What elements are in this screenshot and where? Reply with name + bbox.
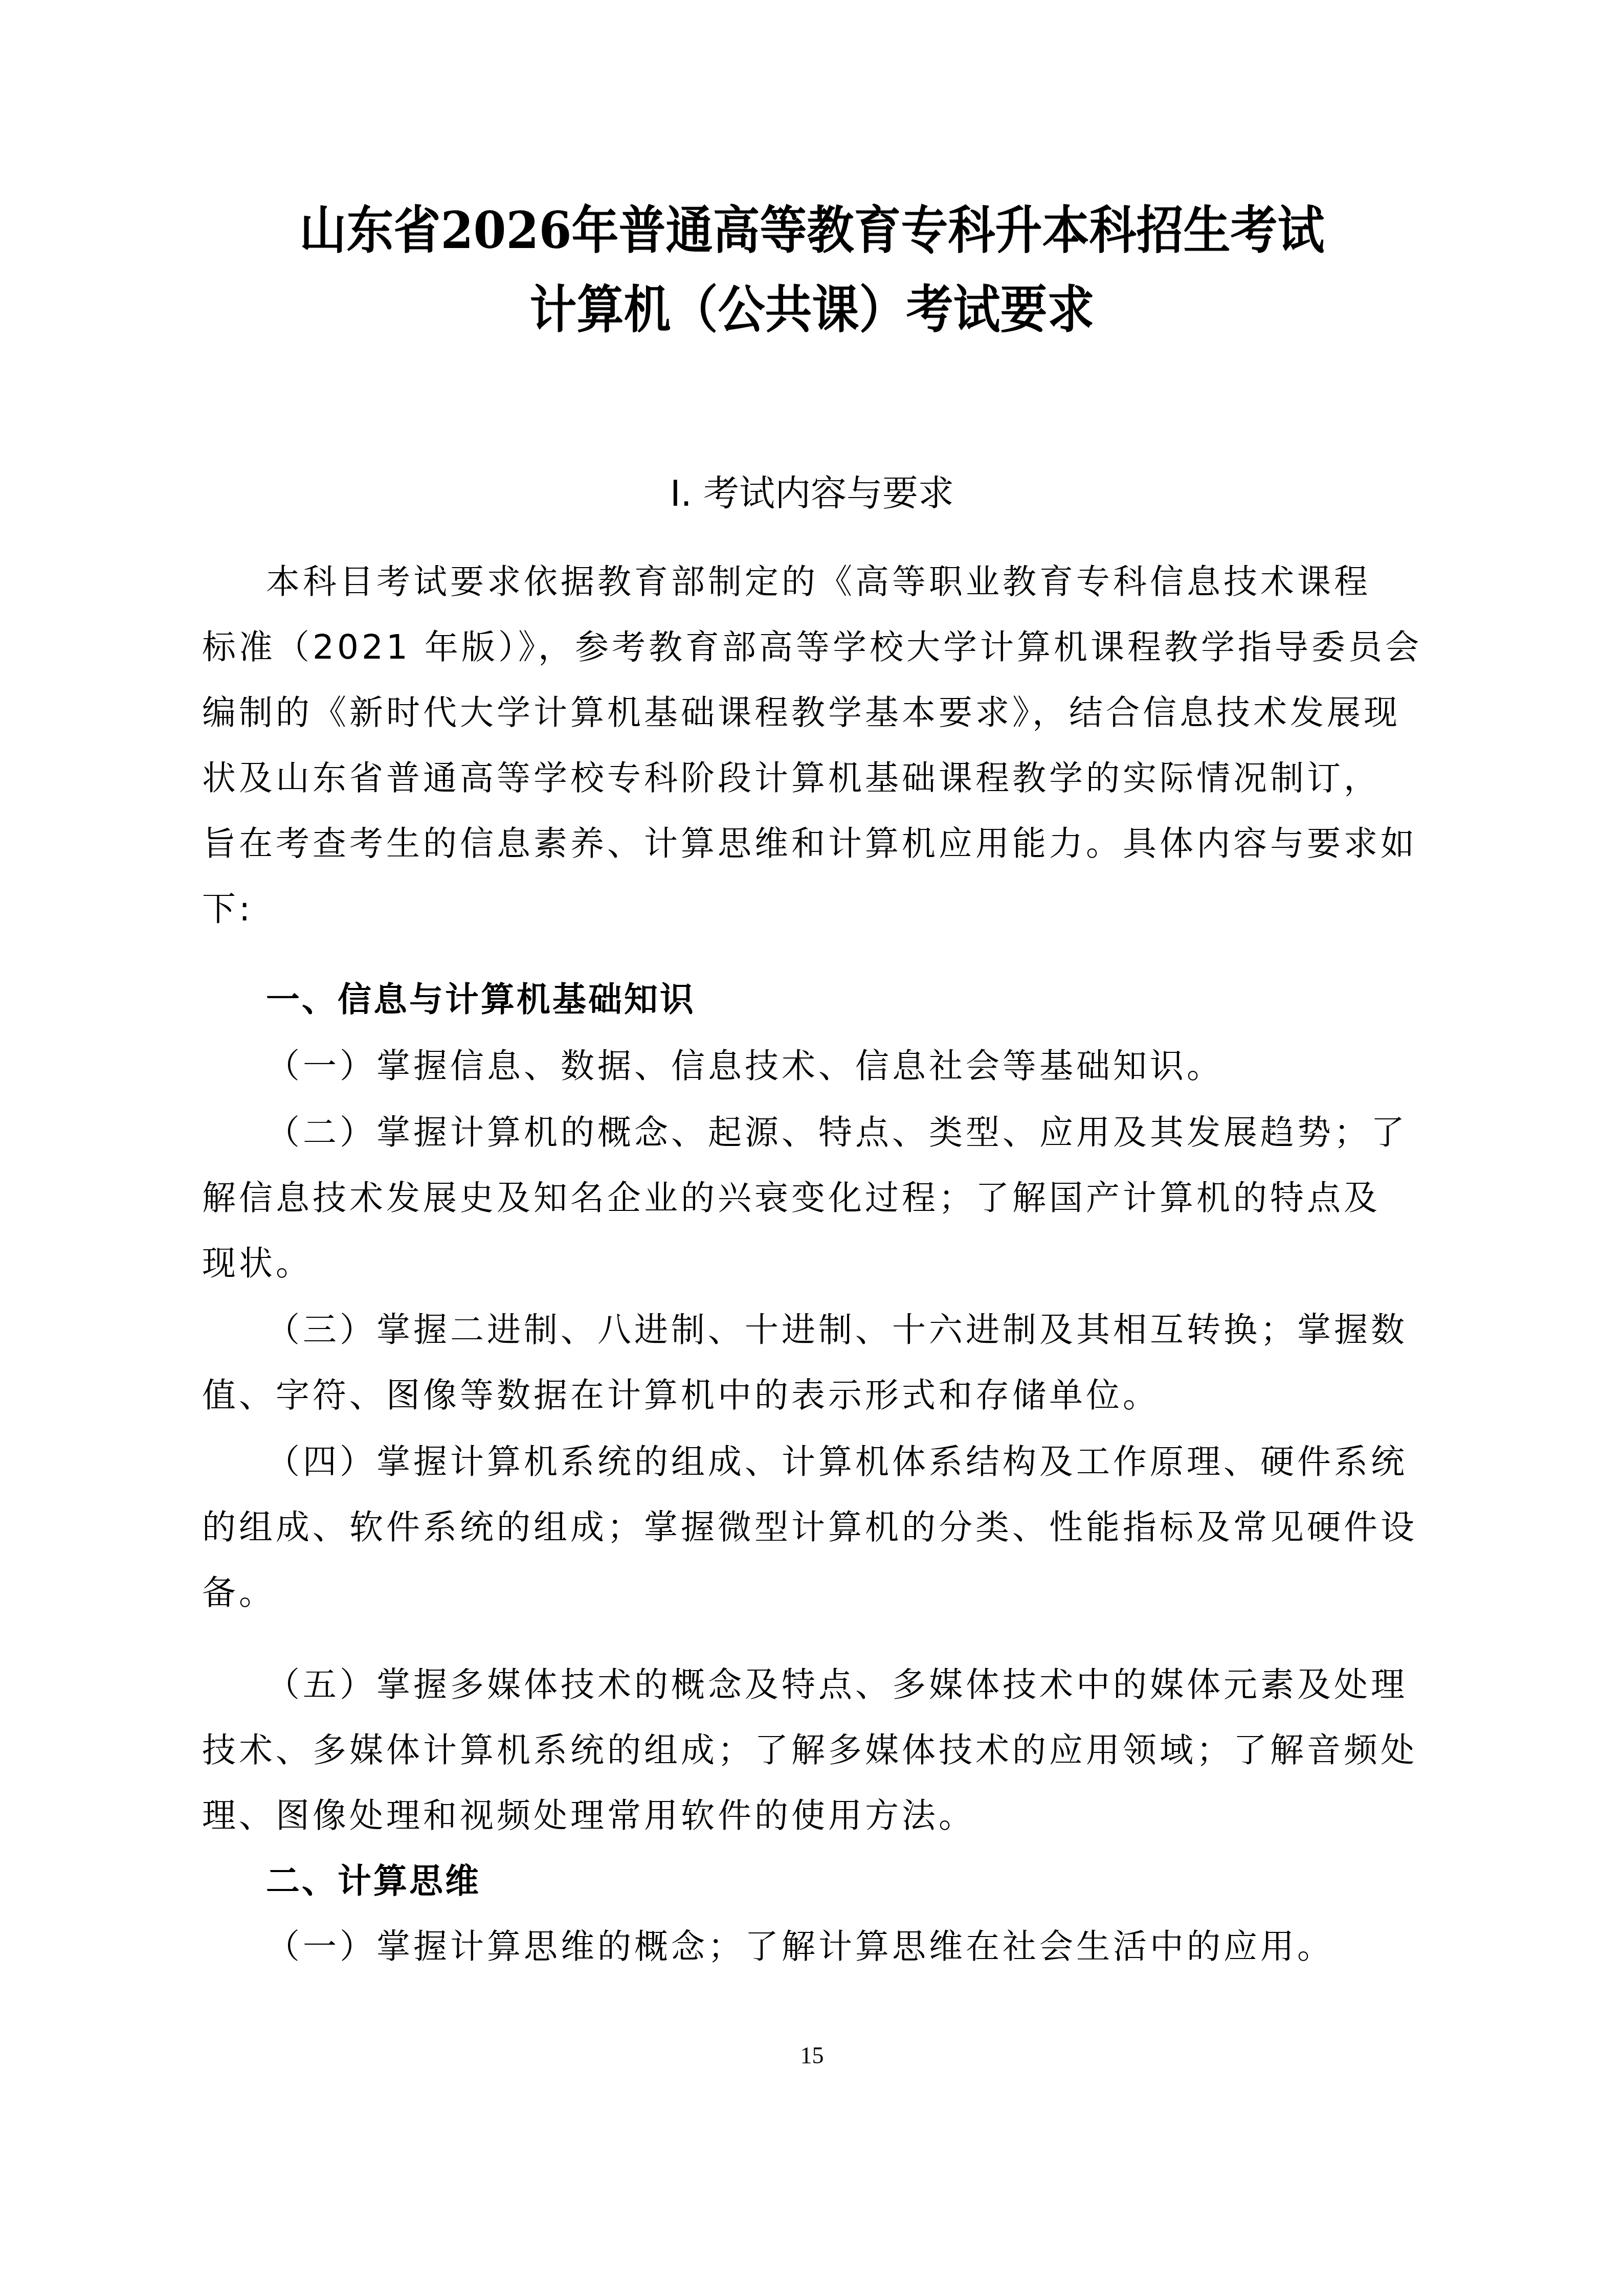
intro-line: 本科目考试要求依据教育部制定的《高等职业教育专科信息技术课程 bbox=[266, 556, 1430, 607]
part-1-item-4-line: 的组成、软件系统的组成；掌握微型计算机的分类、性能指标及常见硬件设 bbox=[202, 1502, 1430, 1553]
part-1-item-3-line: 值、字符、图像等数据在计算机中的表示形式和存储单位。 bbox=[202, 1370, 1430, 1421]
part-1-item-5-line: （五）掌握多媒体技术的概念及特点、多媒体技术中的媒体元素及处理 bbox=[266, 1659, 1430, 1710]
intro-line: 下: bbox=[202, 884, 1430, 935]
page-number: 15 bbox=[0, 2040, 1624, 2071]
document-title-line-2: 计算机（公共课）考试要求 bbox=[65, 276, 1559, 343]
intro-line: 标准（2021 年版）》，参考教育部高等学校大学计算机课程教学指导委员会 bbox=[202, 622, 1430, 673]
part-1-item-2-line: （二）掌握计算机的概念、起源、特点、类型、应用及其发展趋势；了 bbox=[266, 1107, 1430, 1158]
intro-line: 编制的《新时代大学计算机基础课程教学基本要求》，结合信息技术发展现 bbox=[202, 687, 1430, 738]
part-1-item-5-line: 理、图像处理和视频处理常用软件的使用方法。 bbox=[202, 1790, 1430, 1841]
part-1-item-2-line: 现状。 bbox=[202, 1238, 1430, 1289]
part-1-item-2-line: 解信息技术发展史及知名企业的兴衰变化过程；了解国产计算机的特点及 bbox=[202, 1173, 1430, 1224]
part-1-item-4-line: （四）掌握计算机系统的组成、计算机体系结构及工作原理、硬件系统 bbox=[266, 1436, 1430, 1488]
part-1-item-5-line: 技术、多媒体计算机系统的组成；了解多媒体技术的应用领域；了解音频处 bbox=[202, 1725, 1430, 1776]
section-title: Ⅰ. 考试内容与要求 bbox=[0, 468, 1624, 519]
document-title-line-1: 山东省2026年普通高等教育专科升本科招生考试 bbox=[65, 197, 1559, 263]
part-2-heading: 二、计算思维 bbox=[266, 1856, 481, 1907]
part-1-item-1-line: （一）掌握信息、数据、信息技术、信息社会等基础知识。 bbox=[266, 1041, 1430, 1092]
part-1-item-4-line: 备。 bbox=[202, 1567, 1430, 1618]
document-page: 山东省2026年普通高等教育专科升本科招生考试 计算机（公共课）考试要求 Ⅰ. … bbox=[0, 0, 1624, 2296]
intro-line: 旨在考查考生的信息素养、计算思维和计算机应用能力。具体内容与要求如 bbox=[202, 818, 1430, 869]
part-2-item-1-line: （一）掌握计算思维的概念；了解计算思维在社会生活中的应用。 bbox=[266, 1921, 1430, 1972]
part-1-item-3-line: （三）掌握二进制、八进制、十进制、十六进制及其相互转换；掌握数 bbox=[266, 1304, 1430, 1356]
intro-line: 状及山东省普通高等学校专科阶段计算机基础课程教学的实际情况制订， bbox=[202, 753, 1430, 804]
part-1-heading: 一、信息与计算机基础知识 bbox=[266, 974, 696, 1025]
